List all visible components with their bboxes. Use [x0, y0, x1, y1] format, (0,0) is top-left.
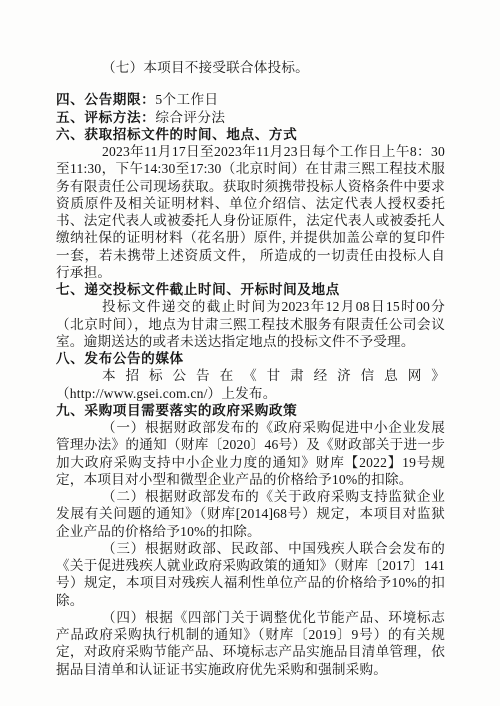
section-8-body-line-2: （http://www.gsei.com.cn/）上发布。	[56, 385, 445, 402]
section-4-notice-period-heading: 四、公告期限：5个工作日	[56, 91, 445, 108]
section-5-evaluation-method-heading-value: 综合评分法	[155, 110, 225, 125]
document-page: （七）本项目不接受联合体投标。四、公告期限：5个工作日五、评标方法：综合评分法六…	[0, 0, 500, 706]
policy-4-energy-environment-products: （四）根据《四部门关于调整优化节能产品、环境标志产品政府采购执行机制的通知》（财…	[56, 609, 445, 678]
section-7-body: 投标文件递交的截止时间为2023年12月08日15时00分（北京时间），地点为甘…	[56, 298, 445, 350]
section-6-obtain-documents-heading: 六、获取招标文件的时间、地点、方式	[56, 126, 445, 143]
section-8-body-line-1: 本招标公告在《甘肃经济信息网》	[56, 367, 445, 384]
section-6-body: 2023年11月17日至2023年11月23日每个工作日上午8：30至11:30…	[56, 143, 445, 281]
section-7-submission-deadline-heading: 七、递交投标文件截止时间、开标时间及地点	[56, 281, 445, 298]
section-8-announcement-media-heading: 八、发布公告的媒体	[56, 350, 445, 367]
section-4-notice-period-heading-label: 四、公告期限：	[56, 92, 155, 107]
policy-3-disabled-welfare-units: （三）根据财政部、民政部、中国残疾人联合会发布的《关于促进残疾人就业政府采购政策…	[56, 540, 445, 609]
section-5-evaluation-method-heading: 五、评标方法：综合评分法	[56, 109, 445, 126]
policy-1-sme-price-deduction: （一）根据财政部发布的《政府采购促进中小企业发展管理办法》的通知（财库〔2020…	[56, 419, 445, 488]
policy-2-prison-enterprises: （二）根据财政部发布的《关于政府采购支持监狱企业发展有关问题的通知》（财库[20…	[56, 488, 445, 540]
section-8-body: 本招标公告在《甘肃经济信息网》（http://www.gsei.com.cn/）…	[56, 367, 445, 402]
section-4-notice-period-heading-value: 5个工作日	[155, 92, 218, 107]
section-5-evaluation-method-heading-label: 五、评标方法：	[56, 110, 155, 125]
section-9-procurement-policies-heading: 九、采购项目需要落实的政府采购政策	[56, 402, 445, 419]
document-body: （七）本项目不接受联合体投标。四、公告期限：5个工作日五、评标方法：综合评分法六…	[56, 59, 445, 678]
clause-7-no-consortium: （七）本项目不接受联合体投标。	[56, 59, 445, 76]
